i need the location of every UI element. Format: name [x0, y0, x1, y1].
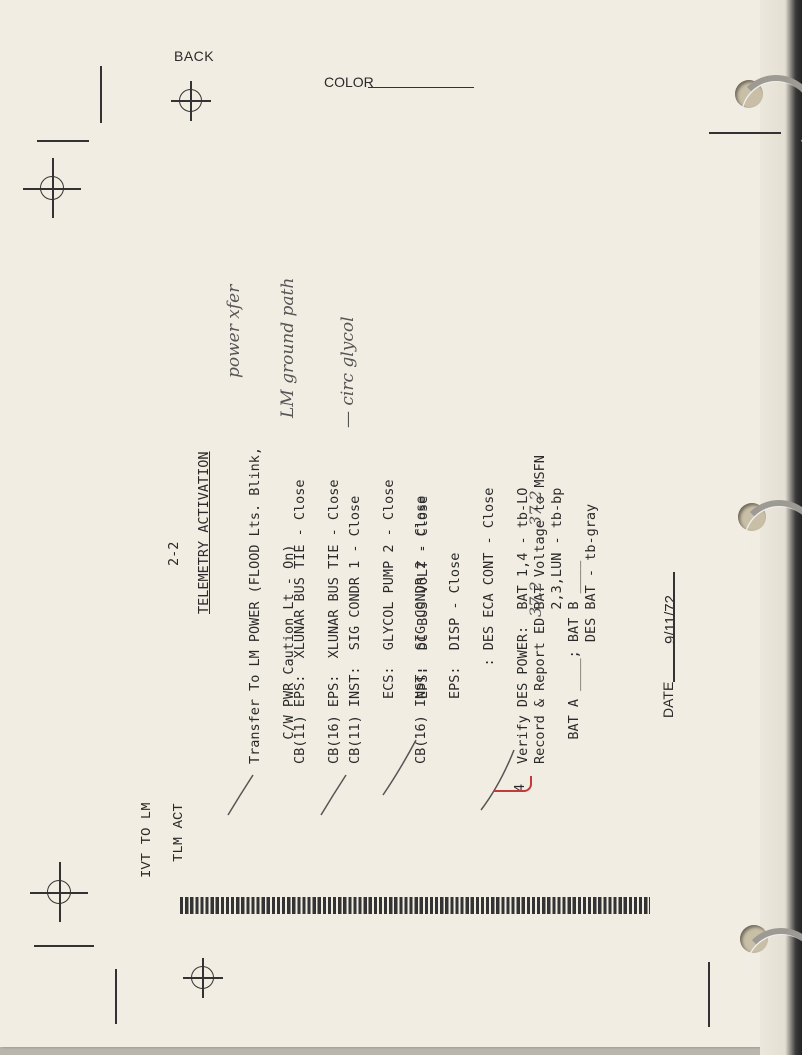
crop-mark	[37, 140, 89, 142]
crop-mark	[709, 132, 781, 134]
registration-crosshair-icon	[23, 158, 81, 218]
crop-mark	[708, 962, 710, 1027]
crop-mark	[115, 969, 117, 1024]
registration-crosshair-icon	[171, 81, 211, 121]
step-1-breaker-line: CB(11) EPS: XLUNAR BUS TIE - Close	[292, 480, 309, 764]
tab-label-line1: IVT TO LM	[139, 802, 155, 878]
step-4-line: BAT A ____; BAT B ____	[566, 455, 583, 764]
back-label: BACK	[174, 48, 214, 64]
handwritten-note-circ-glycol: — circ glycol	[338, 316, 358, 428]
page-number: 2-2	[166, 542, 183, 566]
bat-a-value: 37.2	[526, 581, 545, 617]
registration-crosshair-icon	[183, 958, 223, 998]
check-mark-icon	[318, 770, 348, 820]
date-label: DATE	[660, 682, 677, 718]
registration-crosshair-icon	[30, 862, 88, 922]
step-3-line: EPS: DISP - Close	[447, 488, 464, 764]
crop-mark	[100, 66, 102, 123]
check-mark-icon	[225, 770, 255, 820]
step-3-line: CB(16) INST: SIG CONDR 2 - Close	[413, 488, 430, 764]
red-check-mark	[494, 776, 532, 792]
crop-mark	[34, 945, 94, 947]
step-1-line: Transfer To LM POWER (FLOOD Lts. Blink,	[247, 447, 264, 764]
color-label: COLOR	[324, 74, 374, 90]
color-underline	[368, 87, 474, 88]
date-value: 9/11/72	[662, 595, 679, 644]
barcode-strip	[180, 897, 650, 914]
date-underline	[673, 572, 675, 682]
step-2-line: CB(11) INST: SIG CONDR 1 - Close	[347, 480, 364, 764]
check-mark-icon	[380, 735, 420, 800]
page-title: TELEMETRY ACTIVATION	[196, 451, 213, 614]
handwritten-note-lm-ground-path: LM ground path	[278, 278, 298, 418]
handwritten-note-power-xfer: power xfer	[224, 285, 244, 378]
step-3-line: : DES ECA CONT - Close	[481, 488, 498, 764]
tab-label: IVT TO LM TLM ACT	[123, 802, 203, 878]
bat-b-value: 37.2	[526, 490, 545, 526]
tab-label-line2: TLM ACT	[171, 802, 187, 878]
